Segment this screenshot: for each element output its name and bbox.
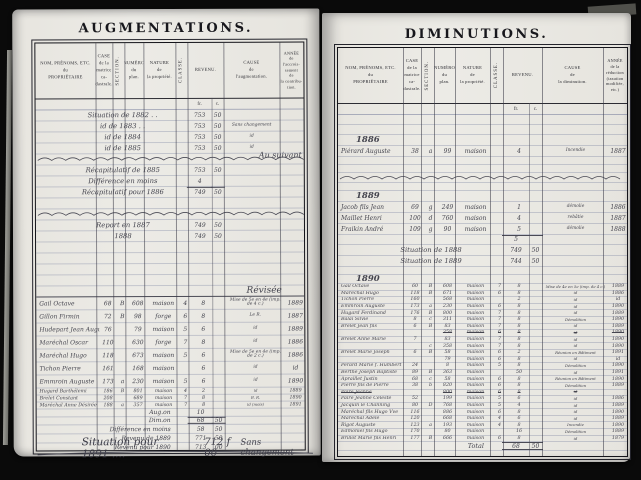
cell-cause: Démolition bbox=[545, 363, 606, 369]
table-row-squiggle bbox=[338, 173, 627, 183]
cell-case: 186 bbox=[100, 388, 117, 394]
cell-classe bbox=[493, 202, 506, 212]
cell-name: Jacob fils Jean bbox=[338, 202, 406, 212]
table-row: Edmoniel fils Hugo17080maison16Démolitio… bbox=[338, 429, 627, 436]
cell-revenu-fr: 753 bbox=[188, 121, 212, 131]
table-row: Brelet Marie Joseph6B58maison62Réunion e… bbox=[338, 350, 627, 357]
column-header-numero: NUMÉRO du plan. bbox=[124, 43, 143, 98]
cell-annee bbox=[603, 442, 627, 450]
cell-cause: Sans changement bbox=[224, 121, 280, 131]
cell-annee bbox=[281, 417, 305, 424]
cell-annee bbox=[280, 187, 304, 197]
cell-section bbox=[116, 362, 128, 374]
cell-classe: 5 bbox=[493, 396, 506, 402]
cell-cause bbox=[542, 245, 603, 255]
cell-section: B bbox=[424, 310, 437, 316]
cell-revenu-c bbox=[213, 409, 225, 416]
table-row: Pérard Marie f. Humbert248maison58Démoli… bbox=[338, 363, 627, 370]
cell-section bbox=[424, 330, 437, 336]
cell-nature: maison bbox=[458, 363, 493, 369]
cell-name: Maréchal fils Hugo Vve bbox=[338, 409, 406, 415]
cell-nature: forge bbox=[147, 336, 179, 348]
cell-case: 38 bbox=[406, 146, 424, 156]
cell-classe: 7 bbox=[179, 336, 191, 348]
cell-name: Tichon Pierre bbox=[36, 362, 99, 374]
row-label: 1888 bbox=[36, 231, 176, 241]
cell-nature: maison bbox=[458, 422, 493, 428]
cell-annee: 1890 bbox=[283, 375, 304, 387]
cell-revenu-c bbox=[532, 436, 545, 442]
cell-cause: id bbox=[545, 416, 606, 422]
cell-annee: 1887 bbox=[606, 146, 627, 156]
table-row: Piérard Auguste38a99maison4Incendie1887 bbox=[338, 146, 627, 157]
row-label: Différence en moins bbox=[37, 425, 177, 433]
cell-revenu-fr: 2 bbox=[192, 388, 216, 394]
cell-classe bbox=[179, 362, 191, 374]
table-row-wide: Report en 188774950 bbox=[36, 220, 304, 232]
cell-revenu-c bbox=[216, 388, 228, 394]
cell-revenu-fr: 8 bbox=[192, 395, 216, 401]
cell-name: Piérard Auguste bbox=[338, 146, 406, 156]
cell-classe: 4 bbox=[493, 416, 506, 422]
cell-revenu-fr: 8 bbox=[506, 409, 532, 415]
table-row-blank bbox=[338, 165, 627, 173]
cell-name: Maréchal Anne Désirée bbox=[37, 402, 100, 408]
cell-revenu-fr: 8 bbox=[506, 422, 532, 428]
cell-classe: 5 bbox=[179, 349, 191, 361]
cell-numero: 363 bbox=[437, 370, 458, 376]
cell-revenu-c bbox=[532, 422, 545, 428]
cell-revenu-fr: 2 bbox=[506, 297, 532, 303]
cell-name: Maréchal Hugo bbox=[36, 349, 99, 361]
cell-cause: démolie bbox=[545, 224, 606, 234]
cell-classe: 6 bbox=[493, 390, 506, 396]
cell-case: 116 bbox=[406, 409, 424, 415]
table-row-squiggle: Au suivant bbox=[36, 154, 304, 166]
cell-name: Pérard Marie f. Humbert bbox=[338, 363, 406, 369]
cell-cause: id bbox=[227, 375, 283, 387]
cell-annee: 1887 bbox=[283, 310, 304, 322]
cell-nature: maison bbox=[458, 390, 493, 396]
cell-section bbox=[424, 297, 437, 303]
cell-case: 68 bbox=[99, 297, 116, 309]
cell-name: Rigot Auguste bbox=[338, 422, 406, 428]
table-row: Paire Jeanne Céleste52199maison56id1886 bbox=[338, 396, 627, 403]
row-label: Dim.on bbox=[37, 417, 177, 424]
cell-revenu-c: 50 bbox=[213, 425, 225, 433]
cell-nature: maison bbox=[458, 304, 493, 310]
cell-nature: maison bbox=[458, 291, 493, 297]
cell-section: a bbox=[424, 422, 437, 428]
column-header-section: SECTION. bbox=[421, 48, 434, 103]
year-heading: 1889 bbox=[338, 191, 490, 201]
cell-name: Fraikin André bbox=[338, 224, 406, 234]
cell-revenu-fr: 6 bbox=[191, 362, 215, 374]
cell-annee: 1890 bbox=[606, 376, 627, 382]
cell-revenu-fr: 10 bbox=[189, 409, 213, 416]
cell-case: 6 bbox=[406, 324, 424, 330]
cell-classe bbox=[493, 146, 506, 156]
cell-numero: 58 bbox=[437, 350, 458, 356]
table-row: Jacob fils Jean69g249maison1démolie1886 bbox=[338, 202, 627, 213]
cell-case: 8 bbox=[406, 317, 424, 323]
cell-numero: 357 bbox=[129, 402, 148, 408]
table-row: Maréchal Oscar110630forge78id1886 bbox=[36, 336, 304, 350]
cell-cause: id bbox=[545, 297, 606, 303]
cell-revenu-fr: 8 bbox=[506, 383, 532, 389]
subheader-francs: fr. bbox=[188, 99, 212, 109]
cell-cause: id bbox=[545, 370, 606, 376]
column-header-case: CASE de la matrice ca- dastrale. bbox=[403, 48, 421, 103]
cell-annee: 1891 bbox=[284, 402, 305, 408]
cell-cause: Incendie bbox=[545, 146, 606, 156]
cell-revenu-fr: 753 bbox=[188, 132, 212, 142]
cell-revenu-c bbox=[532, 213, 545, 223]
cell-section: B bbox=[424, 291, 437, 297]
table-row-script-right: Révisée bbox=[36, 286, 304, 298]
cell-classe: 4 bbox=[493, 422, 506, 428]
row-label: id de 1884 bbox=[36, 132, 176, 142]
cell-nature: maison bbox=[147, 349, 179, 361]
cell-classe bbox=[493, 429, 506, 435]
cell-revenu-c bbox=[216, 395, 228, 401]
cell-cause: id bbox=[545, 291, 606, 297]
cell-case bbox=[406, 390, 424, 396]
cell-numero: 801 bbox=[129, 388, 148, 394]
cell-cause bbox=[224, 220, 280, 230]
revenu-subheader: fr. c. bbox=[338, 104, 627, 115]
row-label: Situation de 1888 bbox=[338, 245, 490, 255]
cell-revenu-c bbox=[532, 337, 545, 343]
cell-revenu-c bbox=[215, 297, 227, 309]
table-row-wide: Situation de 188974450 bbox=[338, 256, 627, 267]
cell-revenu-c: 50 bbox=[212, 121, 224, 131]
cell-revenu-c: 50 bbox=[212, 143, 224, 153]
cell-revenu-c bbox=[532, 330, 545, 336]
cell-annee: 1888 bbox=[606, 224, 627, 234]
cell-annee: 1890 bbox=[284, 395, 305, 401]
cell-numero: 760 bbox=[437, 213, 458, 223]
cell-section: B bbox=[424, 284, 437, 290]
row-label: Situation de 1882 . . bbox=[36, 110, 176, 120]
cell-nature: maison bbox=[458, 416, 493, 422]
cell-annee: 1886 bbox=[606, 396, 627, 402]
cell-revenu-fr: 8 bbox=[192, 402, 216, 408]
cell-annee: 1886 bbox=[283, 349, 304, 361]
cell-section: c bbox=[424, 317, 437, 323]
cell-annee: 1890 bbox=[606, 409, 627, 415]
table-row-blank bbox=[338, 157, 627, 165]
cell-annee: 1891 bbox=[606, 370, 627, 376]
cell-revenu-c bbox=[532, 317, 545, 323]
cell-section: c bbox=[424, 376, 437, 382]
cell-cause bbox=[542, 235, 603, 244]
cell-revenu-fr: 5 bbox=[506, 224, 532, 234]
cell-nature: maison bbox=[458, 383, 493, 389]
cell-cause: Le R. bbox=[227, 310, 283, 322]
cell-nature: maison bbox=[458, 370, 493, 376]
cell-cause: id bbox=[545, 436, 606, 442]
cell-name: Hugard Barthélemi bbox=[37, 388, 100, 394]
cell-cause: id bbox=[545, 310, 606, 316]
cell-classe: 5 bbox=[493, 403, 506, 409]
book-page-edges bbox=[3, 50, 12, 445]
cell-cause bbox=[224, 165, 280, 175]
cell-numero: 311 bbox=[437, 317, 458, 323]
cell-revenu-fr: 8 bbox=[506, 376, 532, 382]
table-header-row: NOM, PRÉNOMS, ETC. du PROPRIÉTAIRE CASE … bbox=[338, 48, 627, 104]
cell-case: 80 bbox=[406, 403, 424, 409]
cell-case: 176 bbox=[406, 310, 424, 316]
column-header-nature: NATURE de la propriété. bbox=[455, 48, 490, 103]
cell-name: Hudepart Jean Auguste bbox=[36, 323, 99, 335]
cell-classe: 7 bbox=[493, 284, 506, 290]
cell-nature: maison bbox=[458, 403, 493, 409]
cell-annee bbox=[603, 256, 627, 266]
cell-numero: 58 bbox=[437, 376, 458, 382]
cell-nature: maison bbox=[458, 429, 493, 435]
page-footer-situation: Situation pour 1891 .... 712 f 00 Sans c… bbox=[30, 438, 317, 456]
table-row-wide: Différence en moins4 bbox=[36, 176, 304, 188]
table-row-script: 1886 bbox=[338, 135, 627, 146]
cell-case: 72 bbox=[99, 310, 116, 322]
table-row-blank bbox=[36, 198, 304, 210]
cell-classe bbox=[493, 224, 506, 234]
cell-revenu-c bbox=[532, 291, 545, 297]
cell-revenu-fr: 8 bbox=[506, 436, 532, 442]
cell-classe: 6 bbox=[493, 383, 506, 389]
cell-name: Maréchal Oscar bbox=[36, 336, 99, 348]
cell-numero: 193 bbox=[437, 422, 458, 428]
cell-section bbox=[116, 323, 128, 335]
table-row: Maréchal fils Hugo Vve116886maison68id18… bbox=[338, 409, 627, 416]
cell-revenu-c: 50 bbox=[212, 165, 224, 175]
cell-case: 177 bbox=[406, 436, 424, 442]
cell-nature: maison bbox=[147, 375, 179, 387]
cell-numero: 79 bbox=[437, 357, 458, 363]
cell-classe: 5 bbox=[493, 363, 506, 369]
cell-cause: id bbox=[224, 132, 280, 142]
table-row: Hudepart Jean Auguste7679maison56id1889 bbox=[36, 323, 304, 337]
cell-cause: Démolition bbox=[545, 429, 606, 435]
table-row-wide: Situation de 1882 . .75350 bbox=[36, 110, 304, 122]
cell-numero: 168 bbox=[128, 362, 147, 374]
cell-name: Brelet Jean fils bbox=[338, 324, 406, 330]
cell-case: 100 bbox=[406, 213, 424, 223]
cell-numero: 671 bbox=[437, 291, 458, 297]
cell-section: a bbox=[116, 375, 128, 387]
column-header-nom: NOM, PRÉNOMS, ETC. du PROPRIÉTAIRE bbox=[35, 43, 95, 98]
cell-classe: 6 bbox=[493, 376, 506, 382]
cell-name: Balai Silvie bbox=[338, 317, 406, 323]
table-row-blank bbox=[338, 183, 627, 191]
cell-annee: 1887 bbox=[606, 213, 627, 223]
cell-revenu-c bbox=[532, 383, 545, 389]
table-row: Berthe Joseph Baptiste89B363maison50id18… bbox=[338, 370, 627, 377]
cell-case: 118 bbox=[99, 349, 116, 361]
cell-cause bbox=[225, 417, 281, 424]
cell-cause: Réunion en Bâtiment bbox=[545, 376, 606, 382]
cell-cause: id bbox=[545, 304, 606, 310]
page-diminutions: DIMINUTIONS. NOM, PRÉNOMS, ETC. du PROPR… bbox=[322, 13, 631, 462]
cell-numero: 79 bbox=[128, 323, 147, 335]
cell-revenu-fr: 749 bbox=[188, 220, 212, 230]
cell-revenu-c bbox=[532, 146, 545, 156]
table-row: Maréchal Hugo118673maison56Mise de 5e en… bbox=[36, 349, 304, 363]
cell-revenu-fr: 4 bbox=[506, 403, 532, 409]
cell-revenu-c bbox=[532, 350, 545, 356]
cell-cause: id (mois) bbox=[228, 402, 284, 408]
cell-section: a bbox=[424, 146, 437, 156]
table-row-wide: Récapitulatif pour 188674950 bbox=[36, 187, 304, 199]
column-header-nature: NATURE de la propriété. bbox=[143, 43, 175, 98]
cell-annee: 1889 bbox=[606, 310, 627, 316]
cell-numero: 800 bbox=[437, 390, 458, 396]
cell-case: 170 bbox=[406, 429, 424, 435]
cell-section bbox=[116, 349, 128, 361]
column-header-section: SECTION. bbox=[112, 43, 124, 98]
cell-section bbox=[424, 337, 437, 343]
cell-revenu-c: 50 bbox=[529, 245, 542, 255]
cell-annee bbox=[281, 425, 305, 433]
cell-revenu-c bbox=[532, 370, 545, 376]
cell-case: 110 bbox=[99, 336, 116, 348]
page-augmentations: AUGMENTATIONS. NOM, PRÉNOMS, ETC. du PRO… bbox=[12, 8, 321, 456]
cell-nature: maison bbox=[148, 402, 180, 408]
cell-revenu-c: 50 bbox=[212, 220, 224, 230]
cell-nature: maison bbox=[458, 202, 493, 212]
cell-section: B bbox=[424, 350, 437, 356]
cell-section bbox=[424, 429, 437, 435]
cell-annee: 1889 bbox=[606, 284, 627, 290]
cell-revenu-c bbox=[532, 284, 545, 290]
cell-revenu-fr: 5 bbox=[503, 235, 529, 244]
cell-cause: id bbox=[545, 396, 606, 402]
cell-nature: maison bbox=[458, 409, 493, 415]
row-label: Total bbox=[338, 442, 490, 450]
cell-revenu-c bbox=[212, 176, 224, 186]
cell-numero: 99 bbox=[437, 146, 458, 156]
cell-nature: maison bbox=[458, 357, 493, 363]
cell-cause: id bbox=[545, 343, 606, 349]
table-row-script: 1889 bbox=[338, 191, 627, 202]
cell-nature: maison bbox=[458, 284, 493, 290]
cell-section: a bbox=[117, 402, 129, 408]
cell-revenu-fr: 6 bbox=[191, 349, 215, 361]
cell-cause: B. R. bbox=[228, 395, 284, 401]
cell-case: 120 bbox=[406, 416, 424, 422]
cell-revenu-fr: 6 bbox=[191, 323, 215, 335]
scanned-register-screenshot: { "scan": { "background_color": "#0a0a0a… bbox=[0, 0, 641, 480]
cell-case: 161 bbox=[99, 362, 116, 374]
table-row: Maillet Henri100d760maison4rebâtie1887 bbox=[338, 213, 627, 224]
cell-classe bbox=[493, 370, 506, 376]
cell-case: 68 bbox=[406, 376, 424, 382]
table-row: Tichon Pierre161168maison6idid bbox=[36, 362, 304, 376]
cell-section bbox=[117, 395, 129, 401]
cell-revenu-fr: 8 bbox=[506, 330, 532, 336]
cell-classe: 7 bbox=[493, 310, 506, 316]
cell-annee bbox=[603, 245, 627, 255]
closing-squiggle bbox=[36, 209, 304, 220]
cell-cause: id bbox=[227, 323, 283, 335]
cell-cause bbox=[224, 176, 280, 186]
cell-annee: id bbox=[606, 357, 627, 363]
cell-cause: rebâtie bbox=[545, 213, 606, 223]
cell-numero: 199 bbox=[437, 396, 458, 402]
cell-section: D bbox=[424, 403, 437, 409]
cell-section bbox=[424, 409, 437, 415]
cell-nature: maison bbox=[458, 376, 493, 382]
cell-annee: 1889 bbox=[606, 403, 627, 409]
cell-name: Emmroin Auguste bbox=[338, 304, 406, 310]
cell-annee: 1889 bbox=[606, 324, 627, 330]
cell-revenu-fr: 6 bbox=[191, 375, 215, 387]
margin-script: Révisée bbox=[224, 286, 304, 296]
cell-section: B bbox=[424, 370, 437, 376]
cell-revenu-fr: 8 bbox=[191, 336, 215, 348]
table-row-squiggle bbox=[36, 209, 304, 221]
cell-nature: maison bbox=[148, 388, 180, 394]
cell-annee: 1890 bbox=[606, 317, 627, 323]
cell-revenu-c: 50 bbox=[213, 417, 225, 424]
cell-revenu-c bbox=[215, 362, 227, 374]
column-header-cause: CAUSE de l'augmentation. bbox=[223, 43, 279, 98]
cell-cause: Démolition bbox=[545, 383, 606, 389]
table-row: Gillon Firmin72B98forge68Le R.1887 bbox=[36, 310, 304, 324]
table-header-row: NOM, PRÉNOMS, ETC. du PROPRIÉTAIRE CASE … bbox=[35, 43, 303, 100]
column-header-annee: ANNÉE de l'accrois- sement de la contrib… bbox=[279, 43, 303, 98]
table-row: Emmroin Auguste173a230maison56id1890 bbox=[36, 375, 304, 389]
table-body-augmentations: Situation de 1882 . .75350id de 1883 . .… bbox=[36, 110, 305, 451]
cell-nature: maison bbox=[458, 337, 493, 343]
cell-section bbox=[424, 363, 437, 369]
cell-name: Gail Octave bbox=[36, 297, 99, 309]
cell-revenu-c bbox=[215, 375, 227, 387]
cell-numero: 768 bbox=[437, 403, 458, 409]
cell-numero: 83 bbox=[437, 337, 458, 343]
cell-cause bbox=[225, 425, 281, 433]
cell-case: 173 bbox=[99, 375, 116, 387]
table-row: Emmroin Auguste173a230maison68id1890 bbox=[338, 304, 627, 311]
closing-squiggle: Au suivant bbox=[36, 154, 304, 165]
cell-revenu-fr: 753 bbox=[188, 110, 212, 120]
cell-revenu-fr: 749 bbox=[188, 231, 212, 241]
cell-numero: 608 bbox=[128, 297, 147, 309]
cell-annee bbox=[280, 121, 304, 131]
cell-name: Pierre fils de Pierre bbox=[338, 383, 406, 389]
row-label: Récapitulatif pour 1886 bbox=[36, 187, 176, 197]
cell-revenu-fr: 749 bbox=[503, 245, 529, 255]
cell-case: 69 bbox=[406, 202, 424, 212]
column-header-case: CASE de la matrice ca- dastrale. bbox=[95, 43, 112, 98]
table-row: 358maison68id1890 bbox=[338, 330, 627, 337]
cell-nature: maison bbox=[458, 324, 493, 330]
cell-name: Maréchal Hugo bbox=[338, 291, 406, 297]
cell-classe: 6 bbox=[493, 409, 506, 415]
cell-section: B bbox=[116, 297, 128, 309]
cell-revenu-c bbox=[532, 357, 545, 363]
cell-revenu-fr: 58 bbox=[189, 425, 213, 433]
cell-classe: 4 bbox=[179, 297, 191, 309]
revenu-subheader: fr. c. bbox=[36, 99, 304, 111]
table-row-blank bbox=[36, 242, 304, 254]
cell-case bbox=[406, 343, 424, 349]
subheader-centimes: c. bbox=[212, 99, 224, 109]
cell-revenu-fr: 6 bbox=[506, 396, 532, 402]
cell-revenu-c: 50 bbox=[212, 132, 224, 142]
cell-annee: 1890 bbox=[606, 343, 627, 349]
